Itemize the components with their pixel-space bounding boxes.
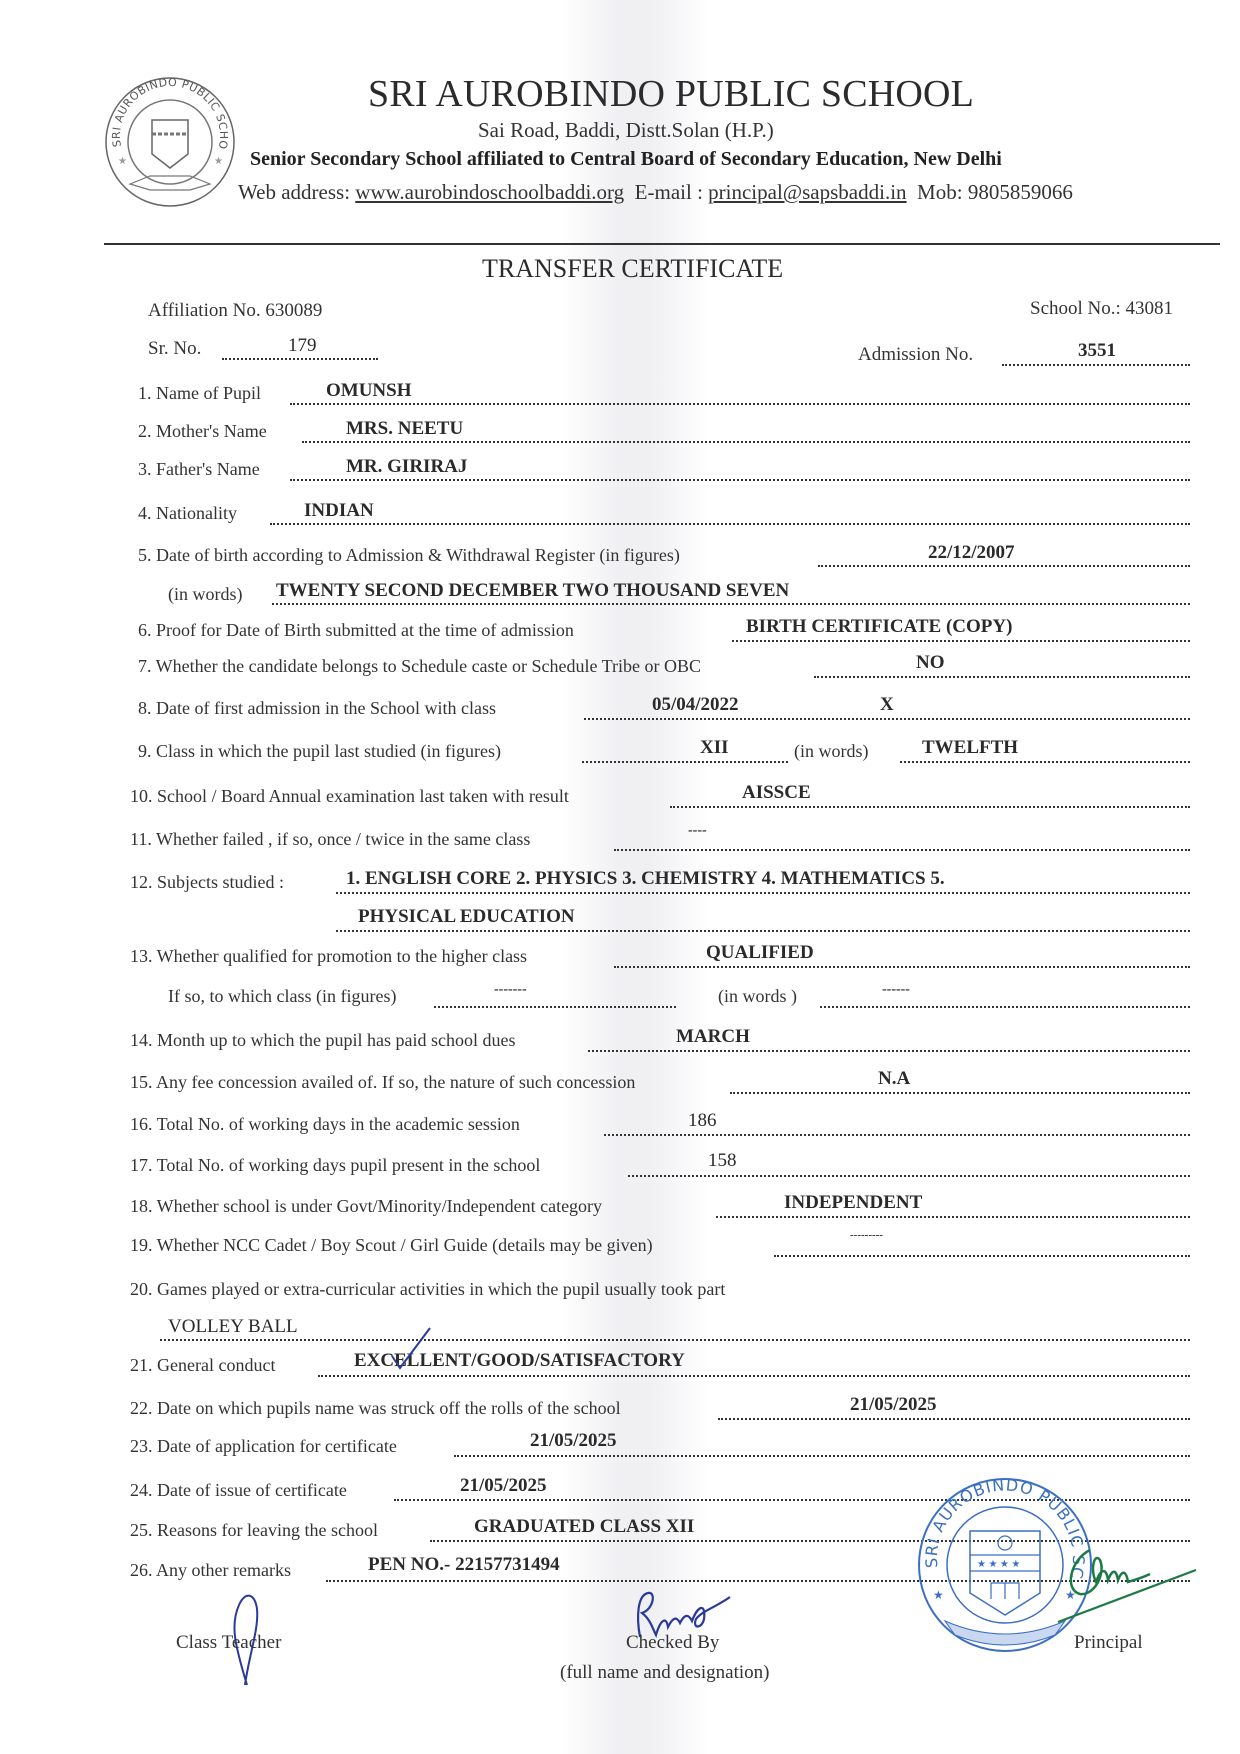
field-13-sub-words-value: ------ xyxy=(882,982,910,998)
field-9-value: XII xyxy=(700,737,729,759)
field-10-label: 10. School / Board Annual examination la… xyxy=(130,786,569,807)
email-link[interactable]: principal@sapsbaddi.in xyxy=(708,180,906,204)
school-name: SRI AUROBINDO PUBLIC SCHOOL xyxy=(368,72,974,116)
field-21-line xyxy=(318,1375,1190,1377)
field-10-line xyxy=(670,806,1190,808)
field-5-words-value: TWENTY SECOND DECEMBER TWO THOUSAND SEVE… xyxy=(276,580,789,602)
field-19-label: 19. Whether NCC Cadet / Boy Scout / Girl… xyxy=(130,1235,653,1256)
field-13-sub-label: If so, to which class (in figures) xyxy=(168,986,396,1007)
field-12-line-2 xyxy=(336,930,1190,932)
field-23-line xyxy=(454,1455,1190,1457)
principal-signature xyxy=(1050,1530,1200,1630)
svg-text:★: ★ xyxy=(118,156,127,167)
field-19-line xyxy=(774,1255,1190,1257)
field-9-words-value: TWELFTH xyxy=(922,737,1018,759)
mobile-label: Mob: xyxy=(917,180,963,204)
sr-no-line xyxy=(222,358,378,360)
field-10-value: AISSCE xyxy=(742,782,811,804)
field-11-line xyxy=(614,849,1190,851)
field-18-line xyxy=(716,1216,1190,1218)
field-6-label: 6. Proof for Date of Birth submitted at … xyxy=(138,620,574,641)
field-15-line xyxy=(730,1092,1190,1094)
field-14-line xyxy=(588,1050,1190,1052)
web-link[interactable]: www.aurobindoschoolbaddi.org xyxy=(355,180,624,204)
admission-no-line xyxy=(1002,364,1190,366)
checked-by-note: (full name and designation) xyxy=(560,1662,769,1684)
field-5-words-line xyxy=(272,603,1190,605)
field-13-sub-words-label: (in words ) xyxy=(718,986,797,1007)
field-24-value: 21/05/2025 xyxy=(460,1475,547,1497)
class-teacher-label: Class Teacher xyxy=(176,1632,281,1654)
admission-no-label: Admission No. xyxy=(858,344,973,366)
school-address: Sai Road, Baddi, Distt.Solan (H.P.) xyxy=(478,118,774,143)
field-4-label: 4. Nationality xyxy=(138,503,237,524)
field-6-value: BIRTH CERTIFICATE (COPY) xyxy=(746,616,1012,638)
field-22-value: 21/05/2025 xyxy=(850,1394,937,1416)
field-5-words-label: (in words) xyxy=(168,584,243,605)
field-23-value: 21/05/2025 xyxy=(530,1430,617,1452)
field-20-value: VOLLEY BALL xyxy=(168,1316,298,1338)
field-1-label: 1. Name of Pupil xyxy=(138,383,261,404)
field-24-label: 24. Date of issue of certificate xyxy=(130,1480,347,1501)
field-12-line xyxy=(336,892,1190,894)
field-2-value: MRS. NEETU xyxy=(346,418,463,440)
field-13-sub-line xyxy=(434,1006,676,1008)
field-6-line xyxy=(732,640,1190,642)
affiliation-number: Affiliation No. 630089 xyxy=(148,300,322,322)
field-5-value: 22/12/2007 xyxy=(928,542,1015,564)
field-4-value: INDIAN xyxy=(304,500,374,522)
tick-mark-icon xyxy=(386,1326,436,1376)
document-title: TRANSFER CERTIFICATE xyxy=(482,254,783,284)
field-8-value: 05/04/2022 xyxy=(652,694,739,716)
field-7-line xyxy=(814,676,1190,678)
field-1-value: OMUNSH xyxy=(326,380,412,402)
field-5-line xyxy=(818,565,1190,567)
field-18-value: INDEPENDENT xyxy=(784,1192,922,1214)
field-22-label: 22. Date on which pupils name was struck… xyxy=(130,1398,621,1419)
sr-no-value: 179 xyxy=(288,335,317,357)
email-label: E-mail : xyxy=(635,180,703,204)
field-13-sub-words-line xyxy=(820,1006,1190,1008)
svg-text:★: ★ xyxy=(214,156,223,167)
principal-label: Principal xyxy=(1074,1632,1143,1654)
field-13-sub-value: ------- xyxy=(494,982,527,998)
field-23-label: 23. Date of application for certificate xyxy=(130,1436,397,1457)
field-14-label: 14. Month up to which the pupil has paid… xyxy=(130,1030,515,1051)
field-11-value: ---- xyxy=(688,823,707,839)
field-17-line xyxy=(628,1175,1190,1177)
field-15-label: 15. Any fee concession availed of. If so… xyxy=(130,1072,635,1093)
field-15-value: N.A xyxy=(878,1068,910,1090)
svg-text:★ ★ ★ ★: ★ ★ ★ ★ xyxy=(977,1559,1020,1570)
field-8-class-value: X xyxy=(880,694,894,716)
field-3-line xyxy=(290,479,1190,481)
field-14-value: MARCH xyxy=(676,1026,750,1048)
checked-by-label: Checked By xyxy=(626,1632,719,1654)
field-21-label: 21. General conduct xyxy=(130,1355,275,1376)
field-3-label: 3. Father's Name xyxy=(138,459,260,480)
field-12-value-line2: PHYSICAL EDUCATION xyxy=(358,906,575,928)
field-20-label: 20. Games played or extra-curricular act… xyxy=(130,1279,725,1300)
field-12-label: 12. Subjects studied : xyxy=(130,872,284,893)
field-9-line xyxy=(582,761,788,763)
field-16-label: 16. Total No. of working days in the aca… xyxy=(130,1114,520,1135)
field-16-value: 186 xyxy=(688,1110,717,1132)
admission-no-value: 3551 xyxy=(1078,340,1116,362)
field-9-words-label: (in words) xyxy=(794,741,869,762)
field-4-line xyxy=(270,523,1190,525)
field-8-line xyxy=(584,718,1190,720)
field-20-line xyxy=(160,1339,1190,1341)
school-logo-icon: SRI AUROBINDO PUBLIC SCHOOL ★ ★ xyxy=(100,72,240,212)
school-number: School No.: 43081 xyxy=(1030,298,1173,320)
header-divider xyxy=(104,243,1220,245)
svg-text:SRI AUROBINDO PUBLIC SCHOOL: SRI AUROBINDO PUBLIC SCHOOL xyxy=(100,72,230,150)
field-25-value: GRADUATED CLASS XII xyxy=(474,1516,694,1538)
field-7-label: 7. Whether the candidate belongs to Sche… xyxy=(138,656,701,677)
field-13-line xyxy=(614,966,1190,968)
field-9-words-line xyxy=(900,761,1190,763)
field-9-label: 9. Class in which the pupil last studied… xyxy=(138,741,501,762)
affiliation-line: Senior Secondary School affiliated to Ce… xyxy=(250,148,1002,171)
field-1-line xyxy=(290,403,1190,405)
field-5-label: 5. Date of birth according to Admission … xyxy=(138,545,680,566)
field-13-label: 13. Whether qualified for promotion to t… xyxy=(130,946,527,967)
field-13-value: QUALIFIED xyxy=(706,942,814,964)
sr-no-label: Sr. No. xyxy=(148,338,201,360)
mobile-number: 9805859066 xyxy=(968,180,1073,204)
field-17-value: 158 xyxy=(708,1150,737,1172)
field-16-line xyxy=(604,1134,1190,1136)
field-7-value: NO xyxy=(916,652,945,674)
field-18-label: 18. Whether school is under Govt/Minorit… xyxy=(130,1196,602,1217)
field-26-label: 26. Any other remarks xyxy=(130,1560,291,1581)
field-8-label: 8. Date of first admission in the School… xyxy=(138,698,496,719)
field-25-label: 25. Reasons for leaving the school xyxy=(130,1520,378,1541)
field-19-value: --------- xyxy=(850,1229,883,1241)
field-3-value: MR. GIRIRAJ xyxy=(346,456,467,478)
field-11-label: 11. Whether failed , if so, once / twice… xyxy=(130,829,530,850)
field-12-value: 1. ENGLISH CORE 2. PHYSICS 3. CHEMISTRY … xyxy=(346,868,945,890)
contact-line: Web address: www.aurobindoschoolbaddi.or… xyxy=(238,180,1073,205)
svg-text:★: ★ xyxy=(933,1588,944,1602)
field-26-value: PEN NO.- 22157731494 xyxy=(368,1554,560,1576)
field-2-label: 2. Mother's Name xyxy=(138,421,267,442)
field-17-label: 17. Total No. of working days pupil pres… xyxy=(130,1155,540,1176)
field-22-line xyxy=(718,1418,1190,1420)
web-label: Web address: xyxy=(238,180,350,204)
field-2-line xyxy=(302,441,1190,443)
